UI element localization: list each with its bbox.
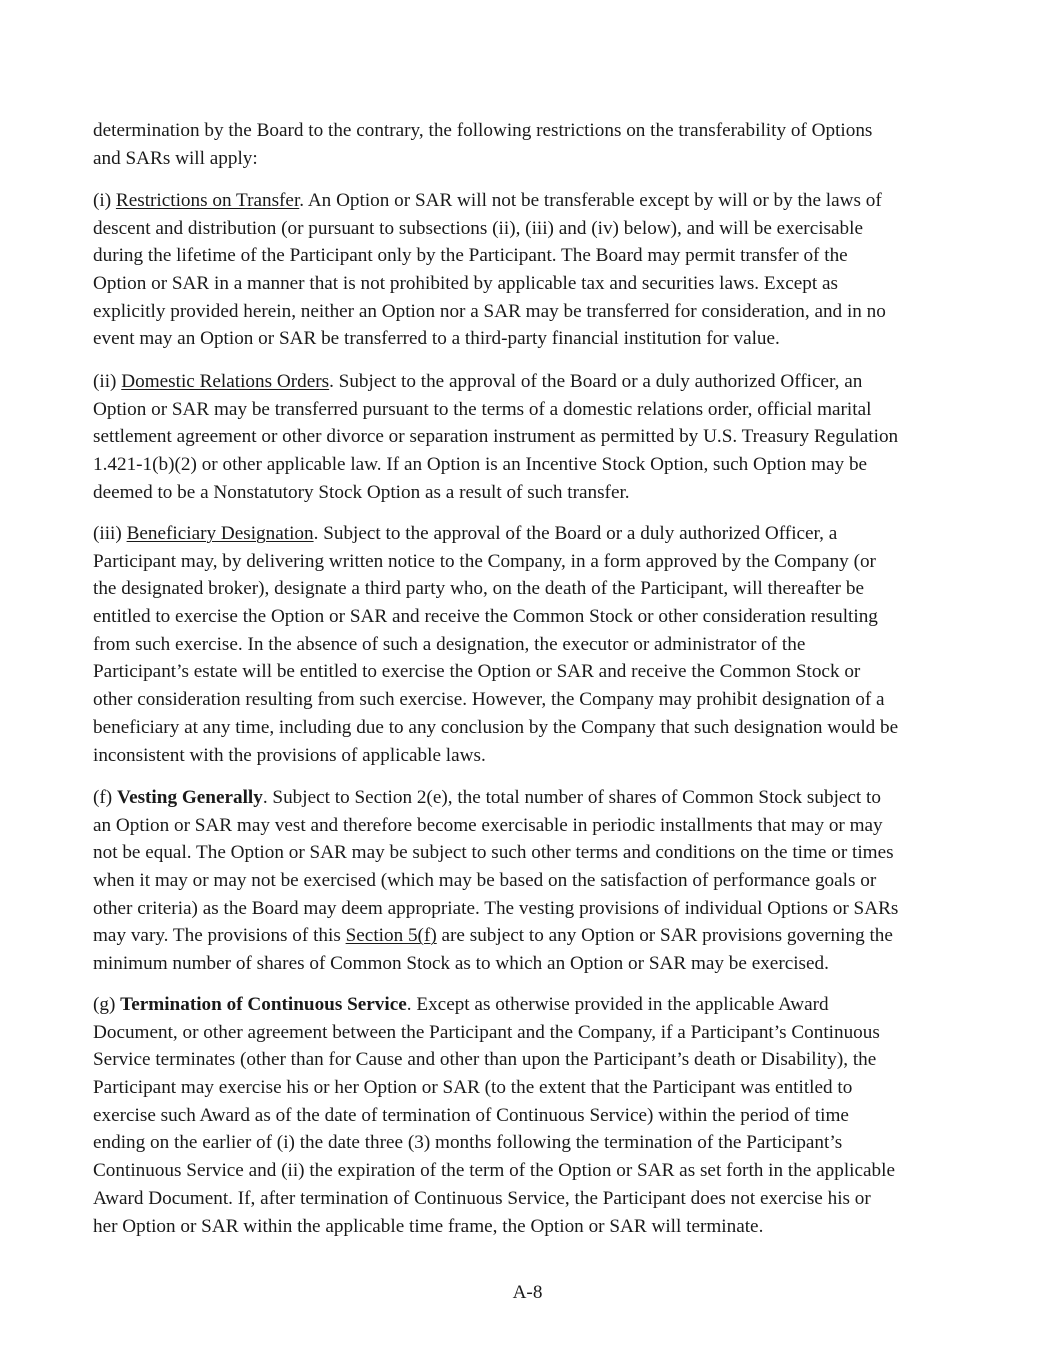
text-line: (ii) Domestic Relations Orders. Subject … [93, 368, 973, 396]
text-line: Document, or other agreement between the… [93, 1019, 973, 1047]
text-line: (f) Vesting Generally. Subject to Sectio… [93, 784, 973, 812]
text-line: event may an Option or SAR be transferre… [93, 325, 973, 353]
section-label: (i) [93, 190, 116, 211]
text-run: . Subject to Section 2(e), the total num… [263, 787, 881, 808]
text-line: Participant may exercise his or her Opti… [93, 1074, 973, 1102]
text-line: the designated broker), designate a thir… [93, 575, 973, 603]
text-line: from such exercise. In the absence of su… [93, 631, 973, 659]
section-label: (iii) [93, 523, 127, 544]
text-line: exercise such Award as of the date of te… [93, 1102, 973, 1130]
text-line: other criteria) as the Board may deem ap… [93, 895, 973, 923]
section-heading: Vesting Generally [117, 787, 263, 808]
text-run: . An Option or SAR will not be transfera… [299, 190, 881, 211]
text-line: during the lifetime of the Participant o… [93, 242, 973, 270]
text-line: other consideration resulting from such … [93, 686, 973, 714]
paragraph-termination-of-continuous-service: (g) Termination of Continuous Service. E… [93, 991, 973, 1240]
document-page: determination by the Board to the contra… [0, 0, 1055, 1365]
text-line: deemed to be a Nonstatutory Stock Option… [93, 479, 973, 507]
text-line: and SARs will apply: [93, 145, 973, 173]
page-number: A-8 [0, 1279, 1055, 1307]
text-line: determination by the Board to the contra… [93, 117, 973, 145]
text-line: (i) Restrictions on Transfer. An Option … [93, 187, 973, 215]
paragraph-vesting-generally: (f) Vesting Generally. Subject to Sectio… [93, 784, 973, 978]
text-run: are subject to any Option or SAR provisi… [437, 925, 893, 946]
section-label: (g) [93, 994, 120, 1015]
text-line: Participant may, by delivering written n… [93, 548, 973, 576]
text-line: minimum number of shares of Common Stock… [93, 950, 973, 978]
section-heading: Beneficiary Designation [127, 523, 314, 544]
text-run: . Except as otherwise provided in the ap… [407, 994, 829, 1015]
section-heading: Restrictions on Transfer [116, 190, 299, 211]
text-line: Award Document. If, after termination of… [93, 1185, 973, 1213]
text-run: . Subject to the approval of the Board o… [314, 523, 838, 544]
section-label: (f) [93, 787, 117, 808]
text-line: entitled to exercise the Option or SAR a… [93, 603, 973, 631]
paragraph-domestic-relations-orders: (ii) Domestic Relations Orders. Subject … [93, 368, 973, 506]
section-heading: Termination of Continuous Service [120, 994, 407, 1015]
section-label: (ii) [93, 371, 121, 392]
text-line: 1.421-1(b)(2) or other applicable law. I… [93, 451, 973, 479]
text-line: (iii) Beneficiary Designation. Subject t… [93, 520, 973, 548]
text-line: her Option or SAR within the applicable … [93, 1213, 973, 1241]
text-line: explicitly provided herein, neither an O… [93, 298, 973, 326]
text-line: Option or SAR in a manner that is not pr… [93, 270, 973, 298]
text-line: may vary. The provisions of this Section… [93, 922, 973, 950]
section-reference-link[interactable]: Section 5(f) [346, 925, 437, 946]
paragraph-restrictions-on-transfer: (i) Restrictions on Transfer. An Option … [93, 187, 973, 353]
text-line: descent and distribution (or pursuant to… [93, 215, 973, 243]
text-line: settlement agreement or other divorce or… [93, 423, 973, 451]
text-line: Option or SAR may be transferred pursuan… [93, 396, 973, 424]
text-line: Service terminates (other than for Cause… [93, 1046, 973, 1074]
text-line: beneficiary at any time, including due t… [93, 714, 973, 742]
text-line: inconsistent with the provisions of appl… [93, 742, 973, 770]
text-line: not be equal. The Option or SAR may be s… [93, 839, 973, 867]
text-run: may vary. The provisions of this [93, 925, 346, 946]
text-line: Participant’s estate will be entitled to… [93, 658, 973, 686]
text-line: (g) Termination of Continuous Service. E… [93, 991, 973, 1019]
section-heading: Domestic Relations Orders [121, 371, 329, 392]
text-run: . Subject to the approval of the Board o… [329, 371, 862, 392]
text-line: ending on the earlier of (i) the date th… [93, 1129, 973, 1157]
text-line: an Option or SAR may vest and therefore … [93, 812, 973, 840]
paragraph-beneficiary-designation: (iii) Beneficiary Designation. Subject t… [93, 520, 973, 769]
text-line: when it may or may not be exercised (whi… [93, 867, 973, 895]
text-line: Continuous Service and (ii) the expirati… [93, 1157, 973, 1185]
paragraph-intro: determination by the Board to the contra… [93, 117, 973, 172]
